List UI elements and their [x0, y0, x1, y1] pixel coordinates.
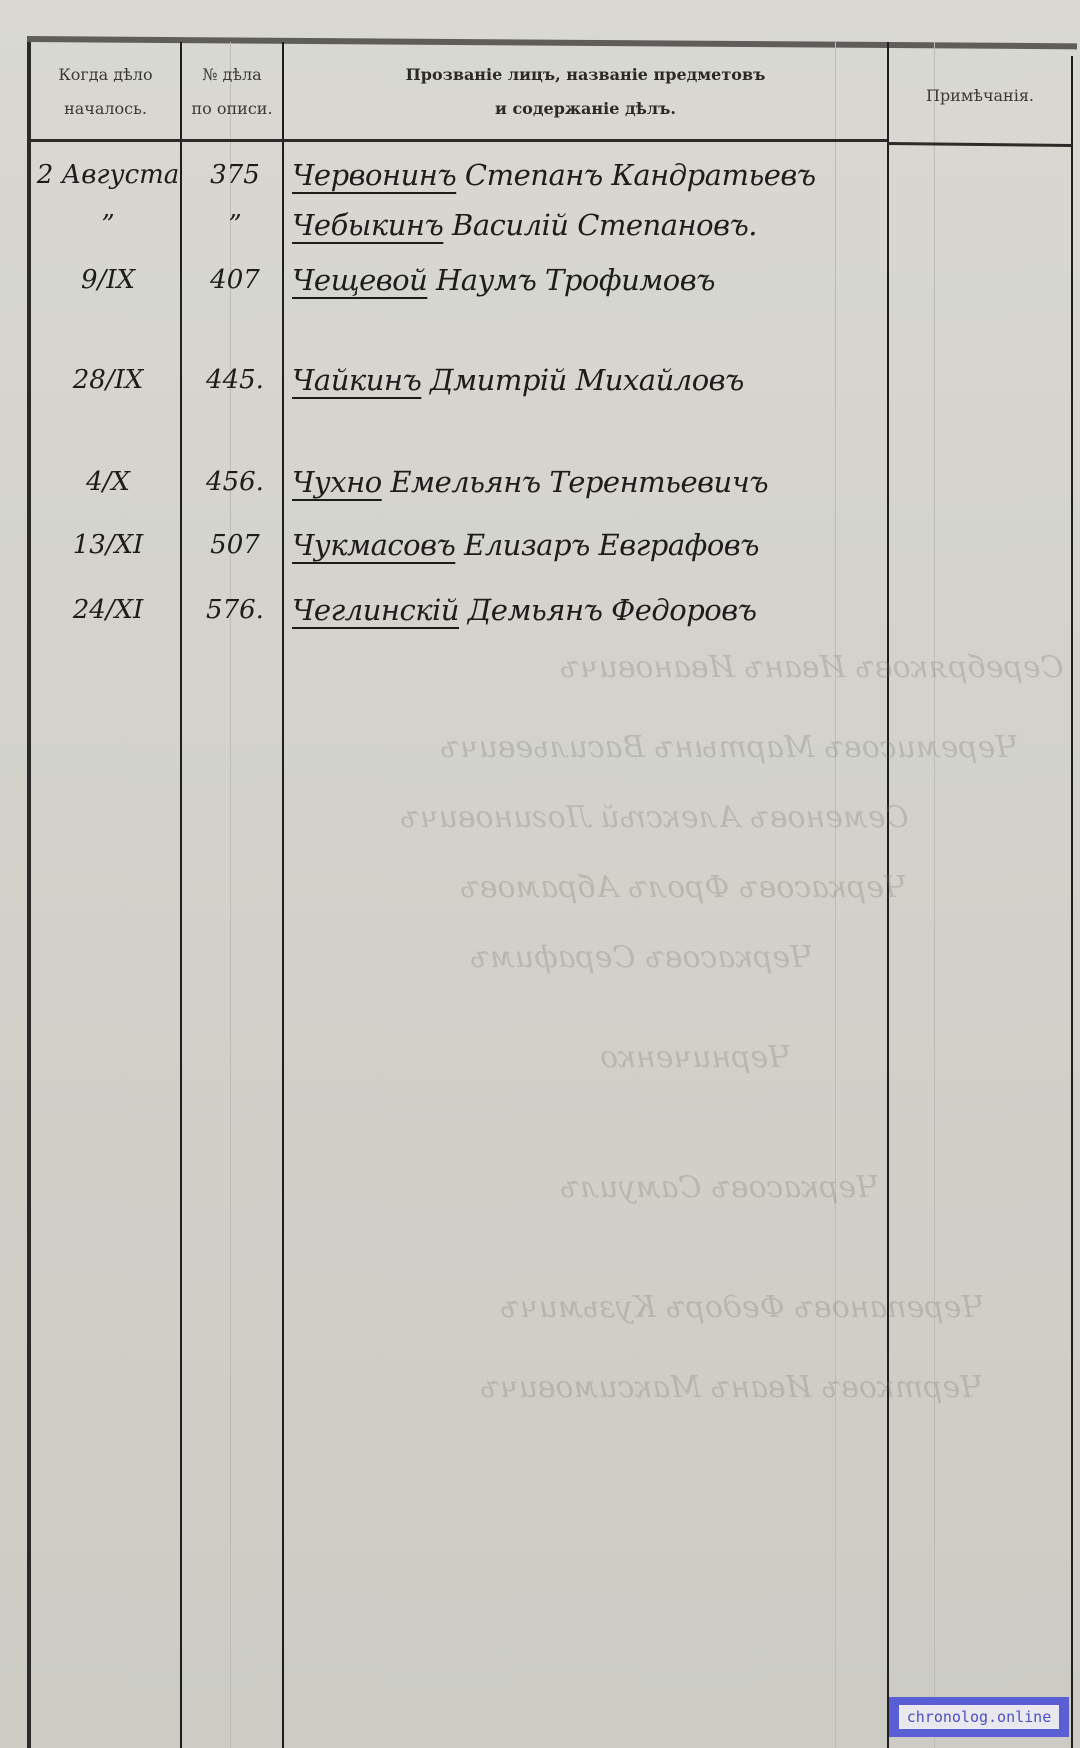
bleed-through-text: Черкасовъ Самуилъ	[560, 1170, 879, 1205]
row-case-number: 445.	[190, 360, 280, 400]
register-row: 24/XI 576. Чеглинскій Демьянъ Федоровъ	[30, 590, 890, 630]
header-date-line2: началось.	[64, 92, 147, 126]
header-notes: Примѣчанія.	[889, 48, 1071, 144]
row-surname: Чайкинъ	[292, 363, 421, 397]
header-names-line2: и содержаніе дѣлъ.	[495, 92, 676, 126]
row-case-number: 456.	[190, 462, 280, 502]
bleed-through-text: Черниченко	[600, 1040, 791, 1075]
row-surname: Чебыкинъ	[292, 208, 443, 242]
bleed-through-text: Чертковъ Иванъ Максимовичъ	[480, 1370, 983, 1405]
register-row: 2 Августа 375 Червонинъ Степанъ Кандрать…	[30, 155, 890, 195]
bleed-through-text: Серебряковъ Иванъ Ивановичъ	[560, 650, 1064, 685]
header-names-line1: Прозваніе лицъ, названіе предметовъ	[406, 58, 766, 92]
header-number-line2: по описи.	[191, 92, 272, 126]
row-name: Чайкинъ Дмитрій Михайловъ	[292, 360, 892, 400]
row-given-names: Наумъ Трофимовъ	[436, 263, 715, 297]
row-date: 2 Августа	[38, 155, 178, 195]
row-case-number: ”	[190, 205, 280, 245]
row-name: Червонинъ Степанъ Кандратьевъ	[292, 155, 892, 195]
bleed-through-text: Черкасовъ Фролъ Абрамовъ	[460, 870, 907, 905]
row-surname: Чухно	[292, 465, 382, 499]
faint-guide-line	[934, 42, 935, 1748]
row-date: ”	[38, 205, 178, 245]
register-page: Когда дѣло началось. № дѣла по описи. Пр…	[0, 0, 1080, 1748]
register-row: 4/X 456. Чухно Емельянъ Терентьевичъ	[30, 462, 890, 502]
right-border	[1071, 56, 1073, 1748]
row-case-number: 375	[190, 155, 280, 195]
row-given-names: Дмитрій Михайловъ	[430, 363, 744, 397]
row-surname: Червонинъ	[292, 158, 456, 192]
header-notes-label: Примѣчанія.	[926, 79, 1034, 113]
register-row: 9/IX 407 Чещевой Наумъ Трофимовъ	[30, 260, 890, 300]
row-name: Чеглинскій Демьянъ Федоровъ	[292, 590, 892, 630]
row-date: 9/IX	[38, 260, 178, 300]
row-given-names: Елизаръ Евграфовъ	[464, 528, 759, 562]
watermark-text: chronolog.online	[899, 1705, 1060, 1729]
row-name: Чукмасовъ Елизаръ Евграфовъ	[292, 525, 892, 565]
header-names: Прозваніе лицъ, названіе предметовъ и со…	[284, 44, 887, 140]
row-surname: Чеглинскій	[292, 593, 459, 627]
row-surname: Чукмасовъ	[292, 528, 455, 562]
row-date: 13/XI	[38, 525, 178, 565]
watermark-badge: chronolog.online	[889, 1697, 1069, 1737]
row-date: 24/XI	[38, 590, 178, 630]
register-row: 13/XI 507 Чукмасовъ Елизаръ Евграфовъ	[30, 525, 890, 565]
row-date: 4/X	[38, 462, 178, 502]
row-given-names: Емельянъ Терентьевичъ	[390, 465, 768, 499]
row-name: Чещевой Наумъ Трофимовъ	[292, 260, 892, 300]
register-row: ” ” Чебыкинъ Василій Степановъ.	[30, 205, 890, 245]
row-given-names: Степанъ Кандратьевъ	[465, 158, 816, 192]
row-surname: Чещевой	[292, 263, 427, 297]
header-number-line1: № дѣла	[202, 58, 261, 92]
bleed-through-text: Черемисовъ Мартынъ Васильевичъ	[440, 730, 1019, 765]
header-date-line1: Когда дѣло	[58, 58, 152, 92]
header-date: Когда дѣло началось.	[31, 44, 180, 140]
row-name: Чебыкинъ Василій Степановъ.	[292, 205, 892, 245]
row-given-names: Василій Степановъ.	[452, 208, 757, 242]
row-case-number: 407	[190, 260, 280, 300]
row-name: Чухно Емельянъ Терентьевичъ	[292, 462, 892, 502]
bleed-through-text: Семеновъ Алексѣй Логиновичъ	[400, 800, 909, 835]
bleed-through-text: Черкасовъ Серафимъ	[470, 940, 813, 975]
bleed-through-text: Черепановъ Федоръ Кузьмичъ	[500, 1290, 985, 1325]
row-given-names: Демьянъ Федоровъ	[468, 593, 757, 627]
register-row: 28/IX 445. Чайкинъ Дмитрій Михайловъ	[30, 360, 890, 400]
row-date: 28/IX	[38, 360, 178, 400]
row-case-number: 507	[190, 525, 280, 565]
row-case-number: 576.	[190, 590, 280, 630]
header-number: № дѣла по описи.	[182, 44, 282, 140]
